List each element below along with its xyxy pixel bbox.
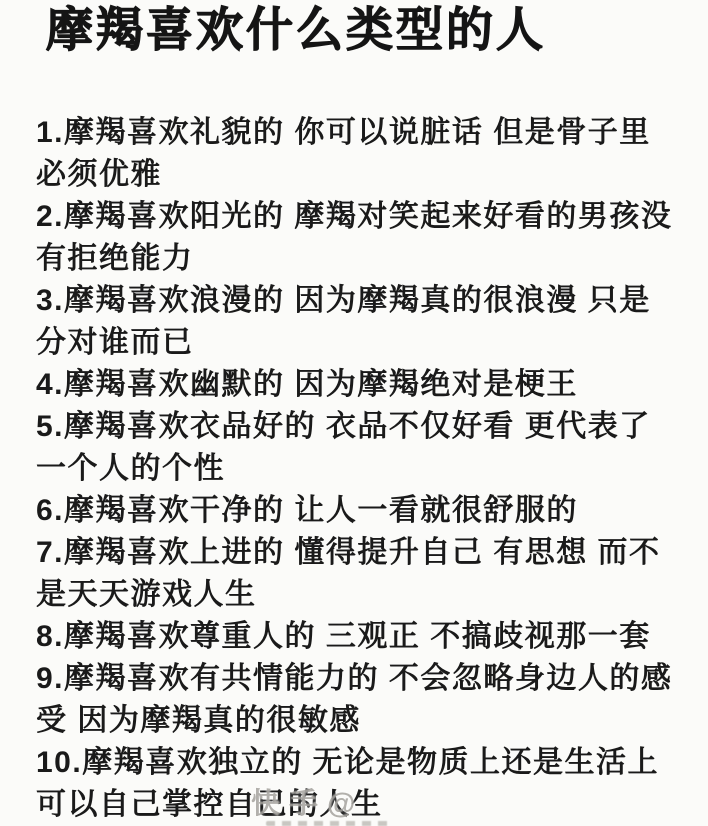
list-item-2: 2.摩羯喜欢阳光的 摩羯对笑起来好看的男孩没有拒绝能力 [36, 196, 680, 280]
list-item-1: 1.摩羯喜欢礼貌的 你可以说脏话 但是骨子里必须优雅 [36, 112, 680, 196]
list-item-4: 4.摩羯喜欢幽默的 因为摩羯绝对是梗王 [36, 364, 680, 406]
text-image-page: 摩羯喜欢什么类型的人 1.摩羯喜欢礼貌的 你可以说脏话 但是骨子里必须优雅 2.… [0, 0, 708, 826]
watermark-remnant-cutoff [266, 821, 388, 826]
content-list: 1.摩羯喜欢礼貌的 你可以说脏话 但是骨子里必须优雅 2.摩羯喜欢阳光的 摩羯对… [36, 112, 680, 826]
list-item-7: 7.摩羯喜欢上进的 懂得提升自己 有思想 而不是天天游戏人生 [36, 532, 680, 616]
list-item-8: 8.摩羯喜欢尊重人的 三观正 不搞歧视那一套 [36, 616, 680, 658]
page-title: 摩羯喜欢什么类型的人 [46, 2, 546, 58]
list-item-6: 6.摩羯喜欢干净的 让人一看就很舒服的 [36, 490, 680, 532]
list-item-5: 5.摩羯喜欢衣品好的 衣品不仅好看 更代表了一个人的个性 [36, 406, 680, 490]
kuaishou-watermark: 快手@ [251, 788, 364, 820]
list-item-9: 9.摩羯喜欢有共情能力的 不会忽略身边人的感受 因为摩羯真的很敏感 [36, 658, 680, 742]
list-item-3: 3.摩羯喜欢浪漫的 因为摩羯真的很浪漫 只是分对谁而已 [36, 280, 680, 364]
